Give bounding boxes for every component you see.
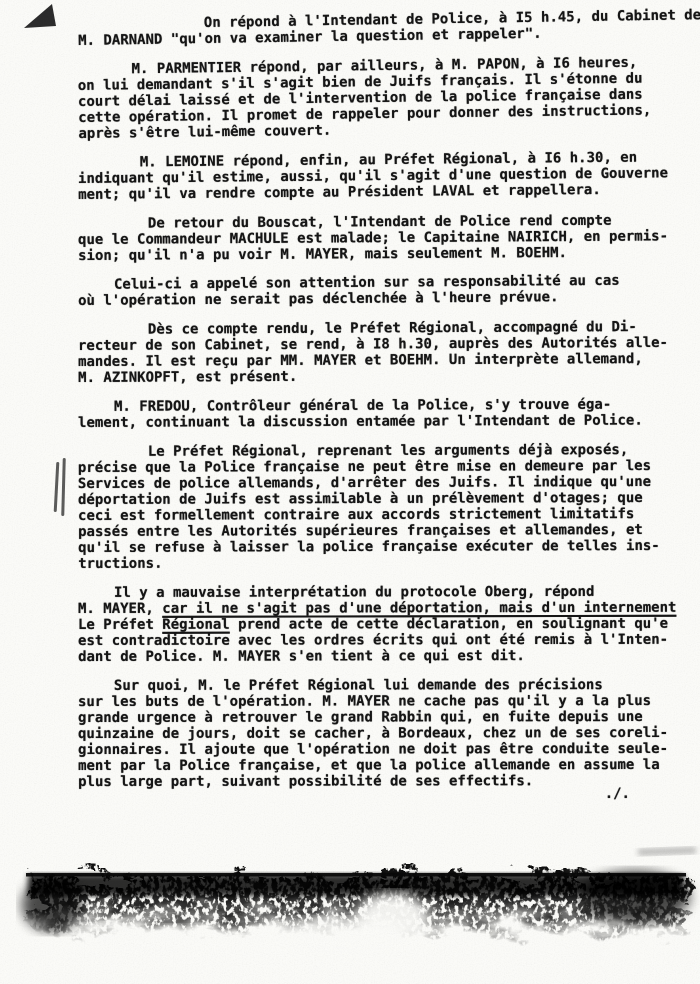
- scan-ink-smudge: [0, 845, 700, 984]
- document-line: quinzaine de jours, doit se cacher, à Bo…: [78, 725, 696, 742]
- paragraph: Dès ce compte rendu, le Préfet Régional,…: [78, 319, 696, 386]
- document-line: Sur quoi, M. le Préfet Régional lui dema…: [78, 677, 696, 694]
- document-line: M. MAYER, car il ne s'agit pas d'une dép…: [78, 600, 696, 617]
- document-line: qu'il se refuse à laisser la police fran…: [78, 538, 696, 556]
- line-segment: M. MAYER,: [78, 601, 162, 617]
- paragraph: Celui-ci a appelé son attention sur sa r…: [78, 272, 696, 309]
- document-line: plus large part, suivant possibilité de …: [78, 773, 696, 790]
- paragraph: De retour du Bouscat, l'Intendant de Pol…: [78, 212, 696, 264]
- paragraph: On répond à l'Intendant de Police, à I5 …: [78, 7, 696, 49]
- paragraph: M. FREDOU, Contrôleur général de la Poli…: [78, 396, 696, 431]
- document-line: M. AZINKOPFT, est présent.: [78, 367, 696, 386]
- paragraph: Sur quoi, M. le Préfet Régional lui dema…: [78, 677, 696, 790]
- document-line: ment par la Police française, et que la …: [78, 757, 696, 774]
- underlined-phrase: Régional: [162, 617, 229, 633]
- document-line: Il y a mauvaise interprétation du protoc…: [78, 584, 696, 601]
- document-line: dant de Police. M. MAYER s'en tient à ce…: [78, 648, 696, 665]
- scanned-document-page: On répond à l'Intendant de Police, à I5 …: [0, 0, 700, 984]
- paragraph: Il y a mauvaise interprétation du protoc…: [78, 584, 696, 665]
- document-line: sion; qu'il n'a pu voir M. MAYER, mais s…: [78, 244, 696, 264]
- continuation-mark: ./.: [605, 786, 630, 802]
- line-segment: prend acte de cette déclaration, en soul…: [230, 616, 668, 633]
- document-line: où l'opération ne serait pas déclenchée …: [78, 288, 696, 309]
- document-line: lement, continuant la discussion entamée…: [78, 412, 696, 431]
- document-line: tructions.: [78, 554, 696, 572]
- document-line: Le Préfet Régional prend acte de cette d…: [78, 616, 696, 633]
- document-line: mandes. Il est reçu par MM. MAYER et BOE…: [78, 351, 696, 370]
- document-line: grande urgence à retrouver le grand Rabb…: [78, 709, 696, 726]
- document-body: On répond à l'Intendant de Police, à I5 …: [0, 0, 700, 803]
- document-line: est contradictoire avec les ordres écrit…: [78, 632, 696, 649]
- paragraph: M. PARMENTIER répond, par ailleurs, à M.…: [77, 54, 696, 142]
- underlined-phrase: car il ne s'agit pas d'une déportation, …: [162, 600, 676, 617]
- line-segment: Le Préfet: [78, 617, 162, 633]
- paragraph: M. LEMOINE répond, enfin, au Préfet Régi…: [78, 149, 696, 203]
- document-line: sur les buts de l'opération. M. MAYER ne…: [78, 693, 696, 710]
- paragraph: Le Préfet Régional, reprenant les argume…: [78, 442, 696, 572]
- document-line: gionnaires. Il ajoute que l'opération ne…: [78, 741, 696, 758]
